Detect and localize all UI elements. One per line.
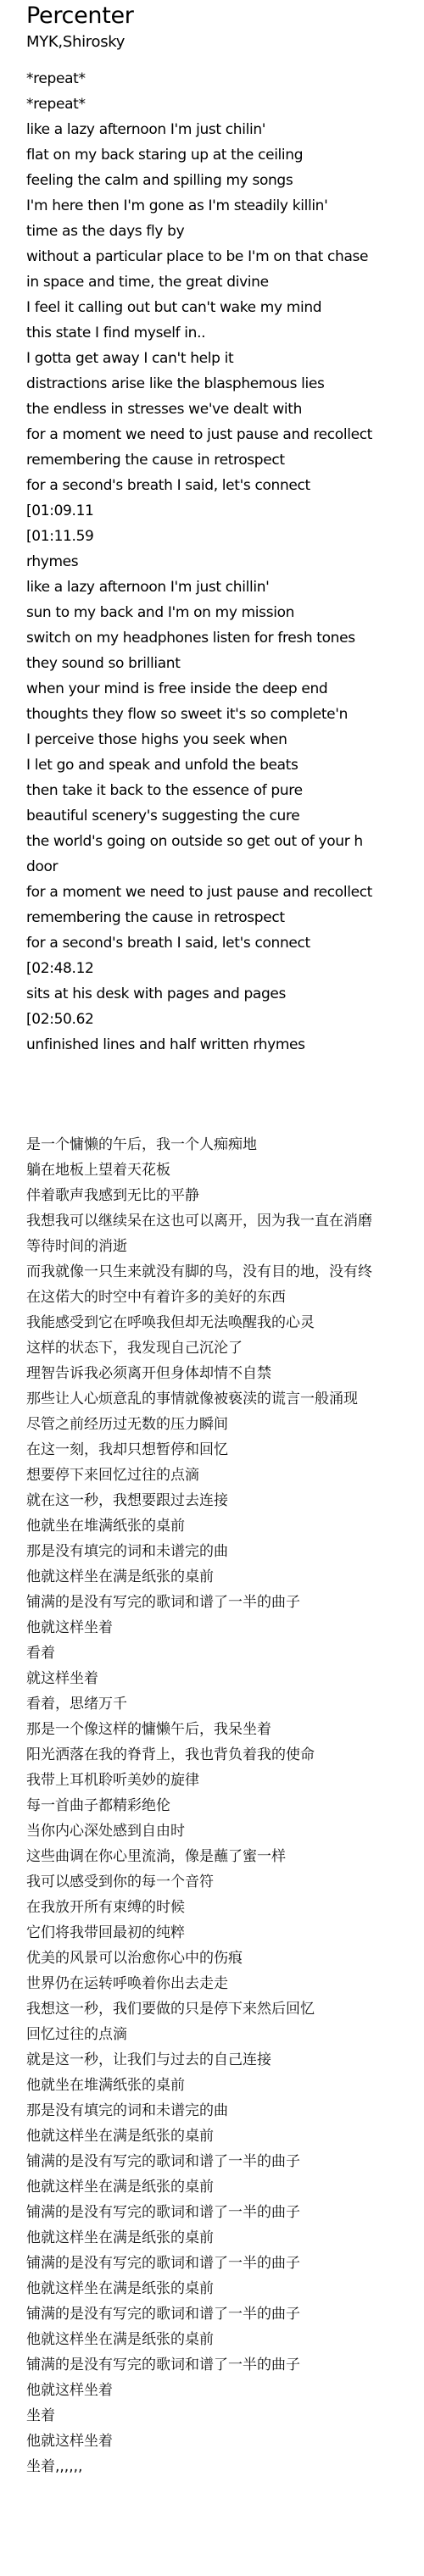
lyric-line: 铺满的是没有写完的歌词和谱了一半的曲子 bbox=[26, 2352, 424, 2378]
lyric-line: 当你内心深处感到自由时 bbox=[26, 1818, 424, 1844]
lyric-line: they sound so brilliant bbox=[26, 651, 424, 676]
lyric-line: remembering the cause in retrospect bbox=[26, 905, 424, 930]
lyric-line: this state I find myself in.. bbox=[26, 320, 424, 346]
lyrics-english: *repeat**repeat*like a lazy afternoon I'… bbox=[26, 66, 424, 1058]
lyric-line: 铺满的是没有写完的歌词和谱了一半的曲子 bbox=[26, 1590, 424, 1615]
lyric-line: 那些让人心烦意乱的事情就像被亵渎的谎言一般涌现 bbox=[26, 1386, 424, 1412]
lyric-line: 理智告诉我必须离开但身体却情不自禁 bbox=[26, 1361, 424, 1386]
lyric-line: 我带上耳机聆听美妙的旋律 bbox=[26, 1768, 424, 1793]
lyric-line: then take it back to the essence of pure bbox=[26, 778, 424, 803]
lyric-line: 这些曲调在你心里流淌，像是蘸了蜜一样 bbox=[26, 1844, 424, 1869]
lyric-line: unfinished lines and half written rhymes bbox=[26, 1032, 424, 1058]
lyric-line: 每一首曲子都精彩绝伦 bbox=[26, 1793, 424, 1818]
lyric-line: 就是这一秒，让我们与过去的自己连接 bbox=[26, 2047, 424, 2073]
lyric-line: 在这偌大的时空中有着许多的美好的东西 bbox=[26, 1285, 424, 1310]
lyric-line: 我想这一秒，我们要做的只是停下来然后回忆 bbox=[26, 1996, 424, 2022]
lyric-line: 他就坐在堆满纸张的桌前 bbox=[26, 2073, 424, 2098]
lyric-line: 看着 bbox=[26, 1641, 424, 1666]
lyric-line: 我能感受到它在呼唤我但却无法唤醒我的心灵 bbox=[26, 1310, 424, 1335]
lyric-line: the world's going on outside so get out … bbox=[26, 829, 424, 854]
lyric-line: 看着，思绪万千 bbox=[26, 1691, 424, 1717]
lyric-line: without a particular place to be I'm on … bbox=[26, 244, 424, 269]
lyric-line: [02:50.62 bbox=[26, 1007, 424, 1032]
lyric-line: 它们将我带回最初的纯粹 bbox=[26, 1920, 424, 1946]
lyric-line: 那是没有填完的词和未谱完的曲 bbox=[26, 2098, 424, 2124]
lyric-line: 在我放开所有束缚的时候 bbox=[26, 1895, 424, 1920]
song-title: Percenter bbox=[26, 2, 424, 31]
lyric-line: 我可以感受到你的每一个音符 bbox=[26, 1869, 424, 1895]
lyric-line: I feel it calling out but can't wake my … bbox=[26, 295, 424, 320]
lyric-line: beautiful scenery's suggesting the cure bbox=[26, 803, 424, 829]
lyric-line: 他就这样坐在满是纸张的桌前 bbox=[26, 1564, 424, 1590]
lyric-line: for a moment we need to just pause and r… bbox=[26, 422, 424, 447]
lyric-line: I perceive those highs you seek when bbox=[26, 727, 424, 752]
lyric-line: 世界仍在运转呼唤着你出去走走 bbox=[26, 1971, 424, 1996]
lyric-line: 坐着,,,,,, bbox=[26, 2454, 424, 2479]
lyric-line: 坐着 bbox=[26, 2403, 424, 2429]
lyric-line: *repeat* bbox=[26, 92, 424, 117]
lyric-line: sun to my back and I'm on my mission bbox=[26, 600, 424, 625]
lyric-line: for a moment we need to just pause and r… bbox=[26, 880, 424, 905]
lyric-line: time as the days fly by bbox=[26, 219, 424, 244]
lyric-line: like a lazy afternoon I'm just chilin' bbox=[26, 117, 424, 142]
lyric-line: 他就这样坐着 bbox=[26, 1615, 424, 1641]
lyric-line: 他就这样坐在满是纸张的桌前 bbox=[26, 2174, 424, 2200]
lyric-line: flat on my back staring up at the ceilin… bbox=[26, 142, 424, 168]
lyric-line: 这样的状态下，我发现自己沉沦了 bbox=[26, 1335, 424, 1361]
lyrics-page: Percenter MYK,Shirosky *repeat**repeat*l… bbox=[26, 0, 424, 2479]
lyric-line: 回忆过往的点滴 bbox=[26, 2022, 424, 2047]
lyric-line: 我想我可以继续呆在这也可以离开，因为我一直在消磨 bbox=[26, 1208, 424, 1234]
lyric-line: I let go and speak and unfold the beats bbox=[26, 752, 424, 778]
lyric-line: door bbox=[26, 854, 424, 880]
lyric-line: 是一个慵懒的午后，我一个人痴痴地 bbox=[26, 1132, 424, 1158]
lyric-line: [01:11.59 bbox=[26, 524, 424, 549]
lyric-line: 他就这样坐在满是纸张的桌前 bbox=[26, 2276, 424, 2301]
lyric-line: remembering the cause in retrospect bbox=[26, 447, 424, 473]
lyric-line: 他就这样坐着 bbox=[26, 2378, 424, 2403]
lyric-line: like a lazy afternoon I'm just chillin' bbox=[26, 575, 424, 600]
lyric-line: 而我就像一只生来就没有脚的鸟，没有目的地，没有终 bbox=[26, 1259, 424, 1285]
lyric-line: rhymes bbox=[26, 549, 424, 575]
lyric-line: [01:09.11 bbox=[26, 498, 424, 524]
lyric-line: *repeat* bbox=[26, 66, 424, 92]
lyric-line: 阳光洒落在我的脊背上，我也背负着我的使命 bbox=[26, 1742, 424, 1768]
lyric-line: 他就这样坐在满是纸张的桌前 bbox=[26, 2327, 424, 2352]
lyric-line: for a second's breath I said, let's conn… bbox=[26, 473, 424, 498]
lyric-line: 他就这样坐着 bbox=[26, 2429, 424, 2454]
lyric-line: feeling the calm and spilling my songs bbox=[26, 168, 424, 193]
lyric-line: [02:48.12 bbox=[26, 956, 424, 981]
lyric-line: sits at his desk with pages and pages bbox=[26, 981, 424, 1007]
song-artist: MYK,Shirosky bbox=[26, 31, 424, 53]
lyric-line: 等待时间的消逝 bbox=[26, 1234, 424, 1259]
lyric-line: 那是没有填完的词和未谱完的曲 bbox=[26, 1539, 424, 1564]
lyric-line: distractions arise like the blasphemous … bbox=[26, 371, 424, 397]
lyric-line: 在这一刻，我却只想暂停和回忆 bbox=[26, 1437, 424, 1463]
lyric-line: the endless in stresses we've dealt with bbox=[26, 397, 424, 422]
lyric-line: 他就这样坐在满是纸张的桌前 bbox=[26, 2225, 424, 2251]
lyric-line: in space and time, the great divine bbox=[26, 269, 424, 295]
lyric-line: I gotta get away I can't help it bbox=[26, 346, 424, 371]
lyric-line: 铺满的是没有写完的歌词和谱了一半的曲子 bbox=[26, 2251, 424, 2276]
lyric-line: switch on my headphones listen for fresh… bbox=[26, 625, 424, 651]
lyric-line: 躺在地板上望着天花板 bbox=[26, 1158, 424, 1183]
lyric-line: when your mind is free inside the deep e… bbox=[26, 676, 424, 702]
lyric-line: 他就坐在堆满纸张的桌前 bbox=[26, 1513, 424, 1539]
lyric-line: 他就这样坐在满是纸张的桌前 bbox=[26, 2124, 424, 2149]
lyric-line: 优美的风景可以治愈你心中的伤痕 bbox=[26, 1946, 424, 1971]
lyric-line: 铺满的是没有写完的歌词和谱了一半的曲子 bbox=[26, 2301, 424, 2327]
lyric-line: 伴着歌声我感到无比的平静 bbox=[26, 1183, 424, 1208]
lyric-line: 就在这一秒，我想要跟过去连接 bbox=[26, 1488, 424, 1513]
lyric-line: 铺满的是没有写完的歌词和谱了一半的曲子 bbox=[26, 2149, 424, 2174]
lyric-line: 尽管之前经历过无数的压力瞬间 bbox=[26, 1412, 424, 1437]
lyric-line: for a second's breath I said, let's conn… bbox=[26, 930, 424, 956]
lyric-line: thoughts they flow so sweet it's so comp… bbox=[26, 702, 424, 727]
lyric-line: 铺满的是没有写完的歌词和谱了一半的曲子 bbox=[26, 2200, 424, 2225]
lyric-line: 那是一个像这样的慵懒午后，我呆坐着 bbox=[26, 1717, 424, 1742]
lyric-line: I'm here then I'm gone as I'm steadily k… bbox=[26, 193, 424, 219]
lyric-line: 想要停下来回忆过往的点滴 bbox=[26, 1463, 424, 1488]
lyrics-chinese: 是一个慵懒的午后，我一个人痴痴地躺在地板上望着天花板伴着歌声我感到无比的平静我想… bbox=[26, 1132, 424, 2479]
lyric-line: 就这样坐着 bbox=[26, 1666, 424, 1691]
